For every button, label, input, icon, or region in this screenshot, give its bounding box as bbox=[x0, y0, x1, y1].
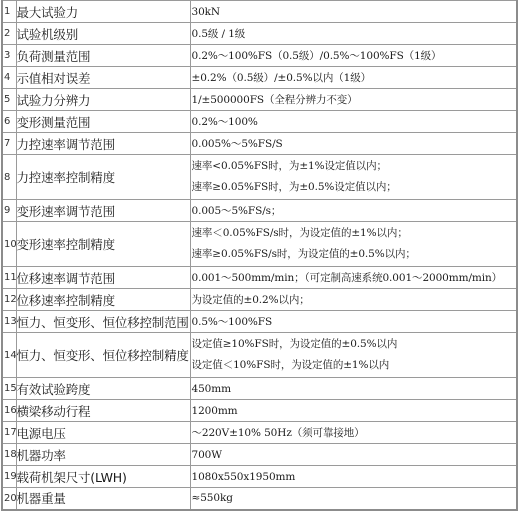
table-row: 18 机器功率 700W bbox=[2, 444, 517, 466]
spec-label: 力控速率控制精度 bbox=[16, 155, 190, 200]
row-number: 11 bbox=[2, 267, 16, 289]
table-row: 14 恒力、恒变形、恒位移控制精度 设定值≥10%FS时，为设定值的±0.5%以… bbox=[2, 333, 517, 378]
table-row: 13 恒力、恒变形、恒位移控制范围 0.5%～100%FS bbox=[2, 311, 517, 333]
row-number: 1 bbox=[2, 1, 16, 23]
row-number: 17 bbox=[2, 422, 16, 444]
spec-value: 速率＜0.05%FS/s时，为设定值的±1%以内； 速率≥0.05%FS/s时，… bbox=[190, 222, 517, 267]
spec-label: 电源电压 bbox=[16, 422, 190, 444]
spec-value-line: 速率＜0.05%FS/s时，为设定值的±1%以内； bbox=[192, 223, 517, 244]
row-number: 7 bbox=[2, 133, 16, 155]
spec-value: 0.005%～5%FS/S bbox=[190, 133, 517, 155]
table-row: 20 机器重量 ≈550kg bbox=[2, 488, 517, 510]
spec-label: 机器功率 bbox=[16, 444, 190, 466]
spec-value-line: 设定值＜10%FS时，为设定值的±1%以内 bbox=[192, 355, 517, 376]
table-row: 9 变形速率调节范围 0.005～5%FS/s； bbox=[2, 200, 517, 222]
specifications-table-body: 1 最大试验力 30kN 2 试验机级别 0.5级 / 1级 3 负荷测量范围 … bbox=[2, 1, 517, 510]
spec-value-line: 设定值≥10%FS时，为设定值的±0.5%以内 bbox=[192, 334, 517, 355]
table-row: 8 力控速率控制精度 速率<0.05%FS时，为±1%设定值以内； 速率≥0.0… bbox=[2, 155, 517, 200]
spec-label: 变形测量范围 bbox=[16, 111, 190, 133]
table-row: 12 位移速率控制精度 为设定值的±0.2%以内； bbox=[2, 289, 517, 311]
spec-label: 示值相对误差 bbox=[16, 67, 190, 89]
table-row: 5 试验力分辨力 1/±500000FS（全程分辨力不变） bbox=[2, 89, 517, 111]
spec-value: 1/±500000FS（全程分辨力不变） bbox=[190, 89, 517, 111]
table-row: 15 有效试验跨度 450mm bbox=[2, 378, 517, 400]
spec-value: ≈550kg bbox=[190, 488, 517, 510]
spec-value: 1200mm bbox=[190, 400, 517, 422]
table-row: 17 电源电压 ～220V±10% 50Hz（须可靠接地） bbox=[2, 422, 517, 444]
spec-value: 0.001～500mm/min；（可定制高速系统0.001～2000mm/min… bbox=[190, 267, 517, 289]
spec-value: 1080x550x1950mm bbox=[190, 466, 517, 488]
spec-label: 恒力、恒变形、恒位移控制精度 bbox=[16, 333, 190, 378]
spec-label: 变形速率调节范围 bbox=[16, 200, 190, 222]
spec-value: 700W bbox=[190, 444, 517, 466]
spec-label: 负荷测量范围 bbox=[16, 45, 190, 67]
specifications-table: 1 最大试验力 30kN 2 试验机级别 0.5级 / 1级 3 负荷测量范围 … bbox=[1, 0, 518, 511]
spec-label: 试验机级别 bbox=[16, 23, 190, 45]
spec-label: 有效试验跨度 bbox=[16, 378, 190, 400]
row-number: 13 bbox=[2, 311, 16, 333]
table-row: 6 变形测量范围 0.2%～100% bbox=[2, 111, 517, 133]
spec-label: 最大试验力 bbox=[16, 1, 190, 23]
spec-value: 0.5%～100%FS bbox=[190, 311, 517, 333]
table-row: 16 横梁移动行程 1200mm bbox=[2, 400, 517, 422]
row-number: 19 bbox=[2, 466, 16, 488]
spec-value: 为设定值的±0.2%以内； bbox=[190, 289, 517, 311]
spec-value: 速率<0.05%FS时，为±1%设定值以内； 速率≥0.05%FS时，为±0.5… bbox=[190, 155, 517, 200]
spec-label: 横梁移动行程 bbox=[16, 400, 190, 422]
table-row: 2 试验机级别 0.5级 / 1级 bbox=[2, 23, 517, 45]
row-number: 3 bbox=[2, 45, 16, 67]
row-number: 14 bbox=[2, 333, 16, 378]
row-number: 2 bbox=[2, 23, 16, 45]
row-number: 18 bbox=[2, 444, 16, 466]
spec-value-line: 速率≥0.05%FS时，为±0.5%设定值以内； bbox=[192, 177, 517, 198]
table-row: 3 负荷测量范围 0.2%～100%FS（0.5级）/0.5%～100%FS（1… bbox=[2, 45, 517, 67]
spec-value: 0.2%～100% bbox=[190, 111, 517, 133]
spec-label: 变形速率控制精度 bbox=[16, 222, 190, 267]
table-row: 11 位移速率调节范围 0.001～500mm/min；（可定制高速系统0.00… bbox=[2, 267, 517, 289]
spec-value: 30kN bbox=[190, 1, 517, 23]
spec-label: 机器重量 bbox=[16, 488, 190, 510]
spec-value: 0.005～5%FS/s； bbox=[190, 200, 517, 222]
spec-label: 载荷机架尺寸(LWH) bbox=[16, 466, 190, 488]
row-number: 6 bbox=[2, 111, 16, 133]
spec-value: 设定值≥10%FS时，为设定值的±0.5%以内 设定值＜10%FS时，为设定值的… bbox=[190, 333, 517, 378]
table-row: 4 示值相对误差 ±0.2%（0.5级）/±0.5%以内（1级） bbox=[2, 67, 517, 89]
row-number: 4 bbox=[2, 67, 16, 89]
spec-label: 位移速率调节范围 bbox=[16, 267, 190, 289]
spec-value-line: 速率<0.05%FS时，为±1%设定值以内； bbox=[192, 156, 517, 177]
row-number: 16 bbox=[2, 400, 16, 422]
table-row: 7 力控速率调节范围 0.005%～5%FS/S bbox=[2, 133, 517, 155]
table-row: 10 变形速率控制精度 速率＜0.05%FS/s时，为设定值的±1%以内； 速率… bbox=[2, 222, 517, 267]
spec-label: 恒力、恒变形、恒位移控制范围 bbox=[16, 311, 190, 333]
spec-value: 0.2%～100%FS（0.5级）/0.5%～100%FS（1级） bbox=[190, 45, 517, 67]
row-number: 20 bbox=[2, 488, 16, 510]
row-number: 9 bbox=[2, 200, 16, 222]
spec-value: ±0.2%（0.5级）/±0.5%以内（1级） bbox=[190, 67, 517, 89]
spec-value: ～220V±10% 50Hz（须可靠接地） bbox=[190, 422, 517, 444]
row-number: 15 bbox=[2, 378, 16, 400]
spec-value-line: 速率≥0.05%FS/s时，为设定值的±0.5%以内； bbox=[192, 244, 517, 265]
row-number: 10 bbox=[2, 222, 16, 267]
row-number: 8 bbox=[2, 155, 16, 200]
row-number: 5 bbox=[2, 89, 16, 111]
spec-label: 力控速率调节范围 bbox=[16, 133, 190, 155]
spec-value: 0.5级 / 1级 bbox=[190, 23, 517, 45]
row-number: 12 bbox=[2, 289, 16, 311]
table-row: 19 载荷机架尺寸(LWH) 1080x550x1950mm bbox=[2, 466, 517, 488]
spec-value: 450mm bbox=[190, 378, 517, 400]
spec-label: 位移速率控制精度 bbox=[16, 289, 190, 311]
spec-label: 试验力分辨力 bbox=[16, 89, 190, 111]
table-row: 1 最大试验力 30kN bbox=[2, 1, 517, 23]
